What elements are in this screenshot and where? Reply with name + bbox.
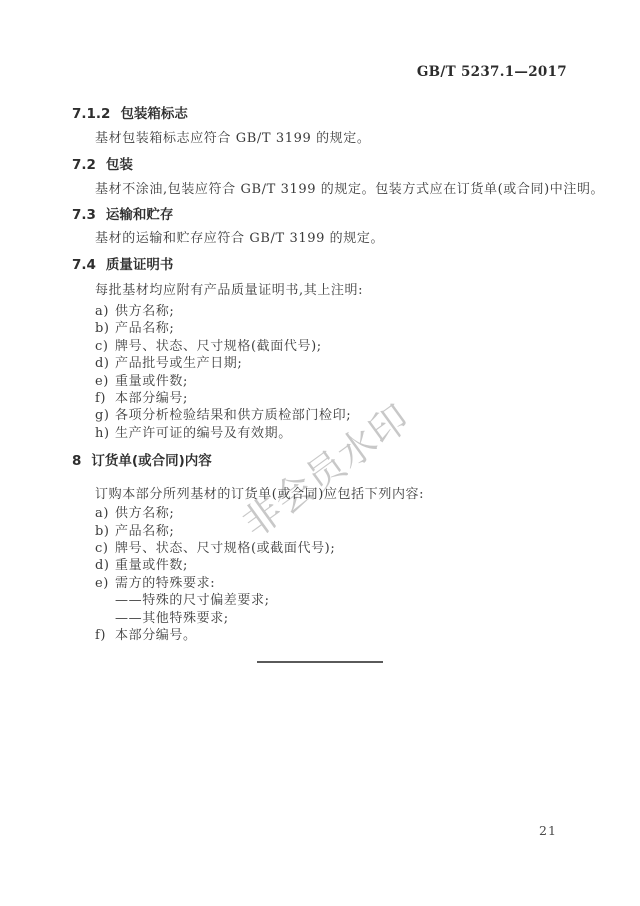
list-item-text: 供方名称;	[115, 304, 174, 319]
list-item: a)供方名称;	[72, 303, 592, 320]
list-item: c)牌号、状态、尺寸规格(截面代号);	[72, 338, 592, 355]
section-heading-7-2: 7.2包装	[72, 157, 592, 173]
list-item-text: 生产许可证的编号及有效期。	[115, 426, 292, 441]
list-marker: b)	[95, 523, 115, 540]
list-item: g)各项分析检验结果和供方质检部门检印;	[72, 407, 592, 424]
list-item: e)需方的特殊要求:	[72, 575, 592, 592]
list-item: a)供方名称;	[72, 505, 592, 522]
page-number: 21	[539, 823, 557, 838]
list-item-text: 产品批号或生产日期;	[115, 356, 242, 371]
list-7-4: a)供方名称; b)产品名称; c)牌号、状态、尺寸规格(截面代号); d)产品…	[72, 303, 592, 442]
list-item: f)本部分编号;	[72, 390, 592, 407]
list-item-text: 需方的特殊要求:	[115, 576, 215, 591]
paragraph-8: 订购本部分所列基材的订货单(或合同)应包括下列内容:	[72, 487, 592, 503]
list-item: b)产品名称;	[72, 523, 592, 540]
list-item: c)牌号、状态、尺寸规格(或截面代号);	[72, 540, 592, 557]
section-title: 运输和贮存	[106, 207, 174, 223]
list-item-text: 本部分编号;	[115, 391, 188, 406]
list-item: h)生产许可证的编号及有效期。	[72, 425, 592, 442]
document-body: 7.1.2包装箱标志 基材包装箱标志应符合 GB/T 3199 的规定。 7.2…	[72, 106, 592, 663]
list-item: e)重量或件数;	[72, 373, 592, 390]
section-number: 7.1.2	[72, 106, 110, 122]
section-heading-7-4: 7.4质量证明书	[72, 257, 592, 273]
list-item: f)本部分编号。	[72, 627, 592, 644]
list-8: a)供方名称; b)产品名称; c)牌号、状态、尺寸规格(或截面代号); d)重…	[72, 505, 592, 644]
list-marker: c)	[95, 338, 115, 355]
list-subitem: ——特殊的尺寸偏差要求;	[72, 592, 592, 609]
standard-code-header: GB/T 5237.1—2017	[417, 64, 567, 80]
document-page: GB/T 5237.1—2017 非会员水印 7.1.2包装箱标志 基材包装箱标…	[0, 0, 640, 906]
section-number: 7.4	[72, 257, 96, 273]
list-item: d)重量或件数;	[72, 557, 592, 574]
list-item-text: 产品名称;	[115, 321, 174, 336]
list-item-text: 各项分析检验结果和供方质检部门检印;	[115, 408, 351, 423]
list-subitem: ——其他特殊要求;	[72, 610, 592, 627]
list-marker: h)	[95, 425, 115, 442]
list-marker: a)	[95, 303, 115, 320]
list-marker: c)	[95, 540, 115, 557]
list-item-text: 牌号、状态、尺寸规格(截面代号);	[115, 339, 322, 354]
list-marker: f)	[95, 390, 115, 407]
section-heading-7-3: 7.3运输和贮存	[72, 207, 592, 223]
paragraph-7-3: 基材的运输和贮存应符合 GB/T 3199 的规定。	[72, 231, 592, 247]
list-item-text: ——特殊的尺寸偏差要求;	[115, 593, 270, 608]
list-marker: b)	[95, 320, 115, 337]
list-item-text: 重量或件数;	[115, 374, 188, 389]
section-title: 包装	[106, 157, 133, 173]
section-heading-8: 8订货单(或合同)内容	[72, 453, 592, 469]
list-item-text: 供方名称;	[115, 506, 174, 521]
list-item-text: ——其他特殊要求;	[115, 611, 229, 626]
section-number: 7.3	[72, 207, 96, 223]
list-marker: a)	[95, 505, 115, 522]
section-number: 8	[72, 453, 81, 469]
list-item-text: 重量或件数;	[115, 558, 188, 573]
section-title: 包装箱标志	[120, 106, 188, 122]
list-item: d)产品批号或生产日期;	[72, 355, 592, 372]
list-item: b)产品名称;	[72, 320, 592, 337]
section-title: 订货单(或合同)内容	[91, 453, 211, 469]
paragraph-7-2: 基材不涂油,包装应符合 GB/T 3199 的规定。包装方式应在订货单(或合同)…	[72, 182, 592, 198]
section-heading-7-1-2: 7.1.2包装箱标志	[72, 106, 592, 122]
list-marker: e)	[95, 575, 115, 592]
list-marker: d)	[95, 355, 115, 372]
paragraph-7-4: 每批基材均应附有产品质量证明书,其上注明:	[72, 283, 592, 299]
section-number: 7.2	[72, 157, 96, 173]
list-marker: g)	[95, 407, 115, 424]
section-title: 质量证明书	[106, 257, 174, 273]
list-item-text: 牌号、状态、尺寸规格(或截面代号);	[115, 541, 335, 556]
document-end-divider	[257, 661, 383, 663]
list-item-text: 本部分编号。	[115, 628, 197, 643]
paragraph-7-1-2: 基材包装箱标志应符合 GB/T 3199 的规定。	[72, 131, 592, 147]
list-item-text: 产品名称;	[115, 524, 174, 539]
list-marker: f)	[95, 627, 115, 644]
list-marker: e)	[95, 373, 115, 390]
list-marker: d)	[95, 557, 115, 574]
